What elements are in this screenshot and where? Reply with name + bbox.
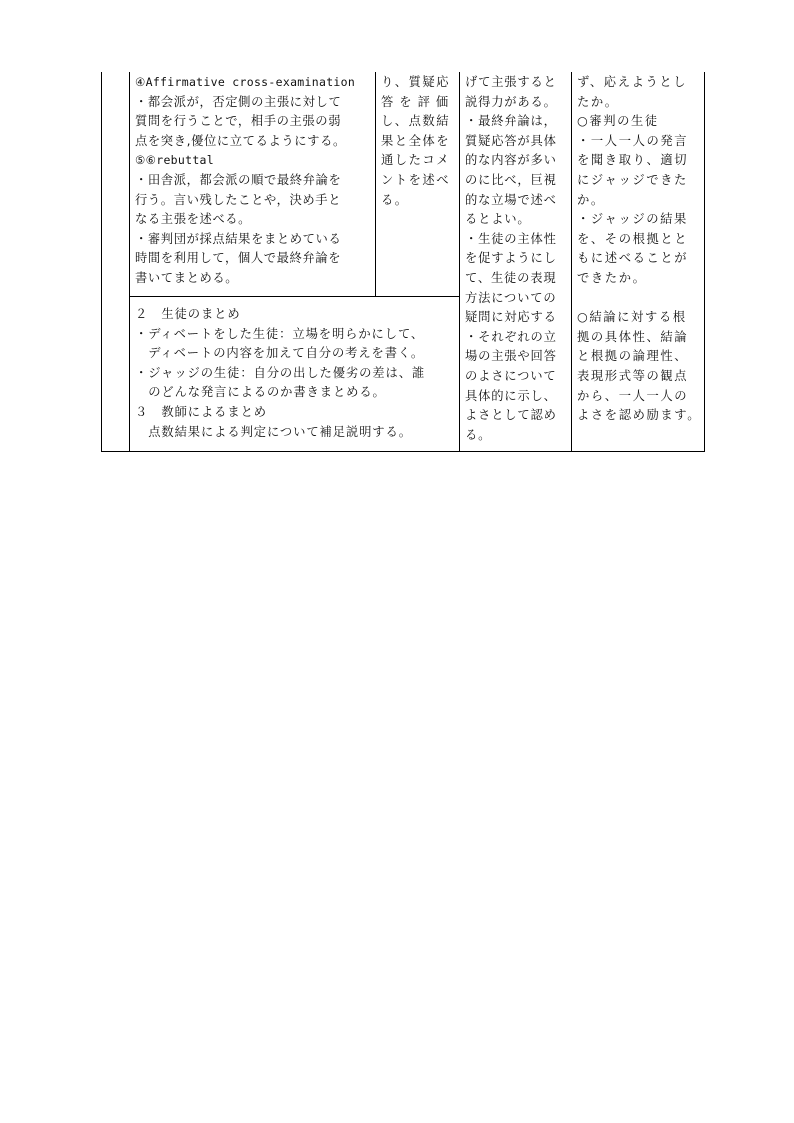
support-line: 疑問に対応する (465, 308, 569, 328)
support-line: を促すようにし (465, 249, 569, 269)
summary-cell: ２ 生徒のまとめ ・ディベートをした生徒：立場を明らかにして、 ディベートの内容… (135, 305, 455, 442)
support-line: るとよい。 (465, 210, 569, 230)
activity-line: 質問を行うことで，相手の主張の弱 (135, 112, 373, 132)
support-line: 質疑応答が具体 (465, 132, 569, 152)
evaluation-line: を聞き取り、適切 (577, 151, 702, 171)
activity-line: 行う。言い残したことや，決め手と (135, 191, 373, 211)
evaluation-line: ・一人一人の発言 (577, 132, 702, 152)
teacher-line: 通したコメ (381, 151, 457, 171)
activity-cell: ④Affirmative cross-examination ・都会派が，否定側… (135, 73, 373, 289)
evaluation-line: から、一人一人の (577, 387, 702, 407)
table-left-border (101, 72, 102, 452)
support-line: のに比べ，巨視 (465, 171, 569, 191)
evaluation-line: ○結論に対する根 (577, 308, 702, 328)
evaluation-line: ず、応えようとし (577, 73, 702, 93)
support-line: よさとして認め (465, 406, 569, 426)
evaluation-line: と根拠の論理性、 (577, 347, 702, 367)
support-line: 的な立場で述べ (465, 191, 569, 211)
evaluation-line: できたか。 (577, 269, 702, 289)
evaluation-line: もに述べることが (577, 249, 702, 269)
support-line: て、生徒の表現 (465, 269, 569, 289)
support-line: 説得力がある。 (465, 93, 569, 113)
column-divider-3 (459, 72, 460, 452)
activity-line: ・審判団が採点結果をまとめている (135, 230, 373, 250)
support-cell: げて主張すると 説得力がある。 ・最終弁論は， 質疑応答が具体 的な内容が多い … (465, 73, 569, 445)
evaluation-line: か。 (577, 191, 702, 211)
evaluation-line: よさを認め励ます。 (577, 406, 702, 426)
summary-line: ディベートの内容を加えて自分の考えを書く。 (135, 344, 455, 364)
evaluation-line: にジャッジできた (577, 171, 702, 191)
evaluation-line: 表現形式等の観点 (577, 367, 702, 387)
table-right-border (704, 72, 705, 452)
teacher-line: ントを述べ (381, 171, 457, 191)
activity-line: なる主張を述べる。 (135, 210, 373, 230)
teacher-line: 果と全体を (381, 132, 457, 152)
support-line: 具体的に示し、 (465, 387, 569, 407)
evaluation-line: 拠の具体性、結論 (577, 328, 702, 348)
teacher-line: 答を評価 (381, 93, 457, 113)
row-divider (129, 296, 459, 297)
summary-line: ３ 教師によるまとめ (135, 403, 455, 423)
summary-line: ・ディベートをした生徒：立場を明らかにして、 (135, 325, 455, 345)
evaluation-cell: ず、応えようとし たか。 ○審判の生徒 ・一人一人の発言 を聞き取り、適切 にジ… (577, 73, 702, 426)
column-divider-2 (375, 72, 376, 296)
support-line: ・それぞれの立 (465, 328, 569, 348)
support-line: 的な内容が多い (465, 151, 569, 171)
teacher-line: る。 (381, 191, 457, 211)
activity-line: 書いてまとめる。 (135, 269, 373, 289)
summary-line: のどんな発言によるのか書きまとめる。 (135, 383, 455, 403)
support-line: 方法についての (465, 289, 569, 309)
table-bottom-border (101, 451, 705, 452)
evaluation-line: たか。 (577, 93, 702, 113)
teacher-line: り、質疑応 (381, 73, 457, 93)
support-line: のよさについて (465, 367, 569, 387)
teacher-cell: り、質疑応 答を評価 し、点数結 果と全体を 通したコメ ントを述べ る。 (381, 73, 457, 210)
support-line: 場の主張や回答 (465, 347, 569, 367)
evaluation-line: ・ジャッジの結果 (577, 210, 702, 230)
summary-line: ２ 生徒のまとめ (135, 305, 455, 325)
support-line: げて主張すると (465, 73, 569, 93)
activity-line: ・都会派が，否定側の主張に対して (135, 93, 373, 113)
activity-line: ⑤⑥rebuttal (135, 151, 373, 171)
support-line: る。 (465, 426, 569, 446)
evaluation-line: ○審判の生徒 (577, 112, 702, 132)
activity-line: ④Affirmative cross-examination (135, 73, 373, 93)
evaluation-line (577, 289, 702, 309)
column-divider-1 (129, 72, 130, 452)
support-line: ・最終弁論は， (465, 112, 569, 132)
activity-line: 時間を利用して，個人で最終弁論を (135, 249, 373, 269)
activity-line: ・田舎派，都会派の順で最終弁論を (135, 171, 373, 191)
evaluation-line: を、その根拠とと (577, 230, 702, 250)
summary-line: ・ジャッジの生徒：自分の出した優劣の差は、誰 (135, 364, 455, 384)
summary-line: 点数結果による判定について補足説明する。 (135, 423, 455, 443)
column-divider-4 (571, 72, 572, 452)
support-line: ・生徒の主体性 (465, 230, 569, 250)
activity-line: 点を突き,優位に立てるようにする。 (135, 132, 373, 152)
teacher-line: し、点数結 (381, 112, 457, 132)
